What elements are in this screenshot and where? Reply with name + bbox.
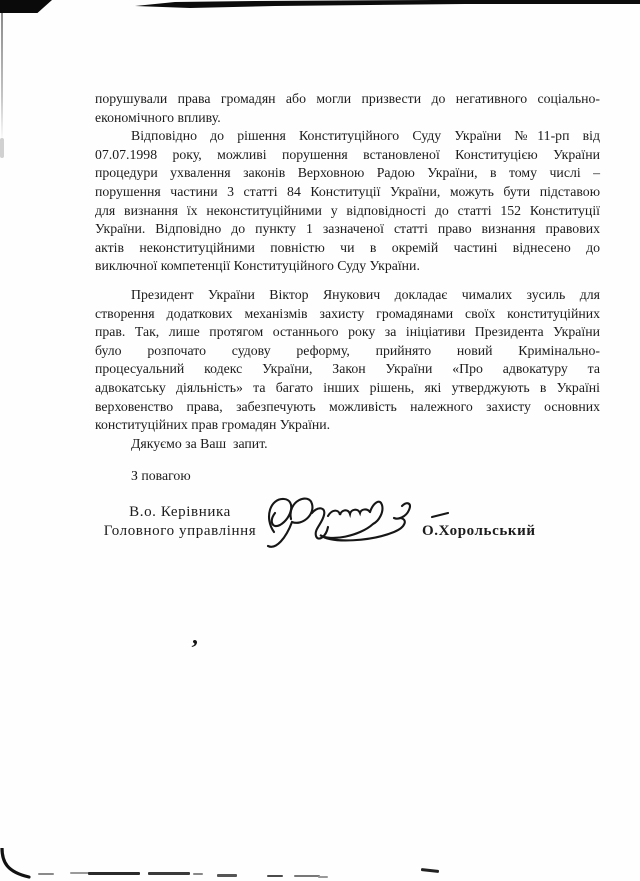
text-line: України. Відповідно до пункту 1 зазначен…: [95, 220, 600, 239]
scan-artifact-corner-wedge: [0, 0, 52, 13]
paragraph: Відповідно до рішення Конституційного Су…: [95, 127, 600, 276]
text-line: Президент України Віктор Янукович доклад…: [95, 286, 600, 305]
text-line: для визнання їх неконституційними у відп…: [95, 202, 600, 221]
scan-artifact-bottom-curve: [0, 848, 32, 881]
scan-artifact-bottom-dash: [88, 872, 140, 875]
scan-artifact-bottom-dash: [38, 873, 54, 875]
text-line: Відповідно до рішення Конституційного Су…: [95, 127, 600, 146]
text-line: верховенство права, забезпечують можливі…: [95, 398, 600, 417]
scan-artifact-bottom-dash: [318, 876, 328, 878]
scan-artifact-left-line: [1, 13, 3, 141]
text-line: Дякуємо за Ваш запит.: [95, 435, 600, 454]
ink-mark-apostrophe: ’: [189, 636, 200, 664]
scan-artifact-bottom-dash: [267, 875, 283, 877]
scan-artifact-bottom-dash: [421, 868, 439, 873]
text-line: З повагою: [95, 467, 600, 486]
text-line: порушували права громадян або могли приз…: [95, 90, 600, 109]
scan-artifact-left-smudge: [0, 138, 4, 158]
scan-artifact-bottom-dash: [193, 873, 203, 875]
text-body: порушували права громадян або могли приз…: [95, 90, 600, 486]
text-line: конституційних прав громадян України.: [95, 416, 600, 435]
paragraph: Дякуємо за Ваш запит.: [95, 435, 600, 454]
text-line: створення додаткових механізмів захисту …: [95, 305, 600, 324]
text-line: процесуальний кодекс України, Закон Укра…: [95, 360, 600, 379]
text-line: 07.07.1998 року, можливі порушення встан…: [95, 146, 600, 165]
text-line: було розпочато судову реформу, прийнято …: [95, 342, 600, 361]
signer-role-line1: В.о. Керівника: [92, 503, 268, 522]
scan-artifact-bottom-dash: [217, 874, 237, 877]
text-line: порушення частини 3 статті 84 Конституці…: [95, 183, 600, 202]
signatory-name: О.Хорольський: [422, 523, 536, 540]
paragraph: Президент України Віктор Янукович доклад…: [95, 286, 600, 435]
signer-role-line2: Головного управління: [92, 522, 268, 541]
text-line: виключної компетенції Конституційного Су…: [95, 257, 600, 276]
scan-artifact-bottom-dash: [148, 872, 190, 875]
text-line: економічного впливу.: [95, 109, 600, 128]
paragraph: порушували права громадян або могли приз…: [95, 90, 600, 127]
scan-artifact-top-edge: [135, 0, 640, 9]
scan-artifact-bottom-dash: [294, 875, 320, 877]
scanned-letter-page: порушували права громадян або могли приз…: [0, 0, 640, 881]
paragraph: З повагою: [95, 467, 600, 486]
scan-artifact-bottom-dash: [70, 872, 90, 874]
text-line: актів неконституційними повністю чи в ок…: [95, 239, 600, 258]
text-line: процедури ухвалення законів Верховною Ра…: [95, 164, 600, 183]
text-line: адвокатську діяльність» та багато інших …: [95, 379, 600, 398]
signer-role: В.о. Керівника Головного управління: [92, 503, 268, 540]
text-line: прав. Так, лише протягом останнього року…: [95, 323, 600, 342]
